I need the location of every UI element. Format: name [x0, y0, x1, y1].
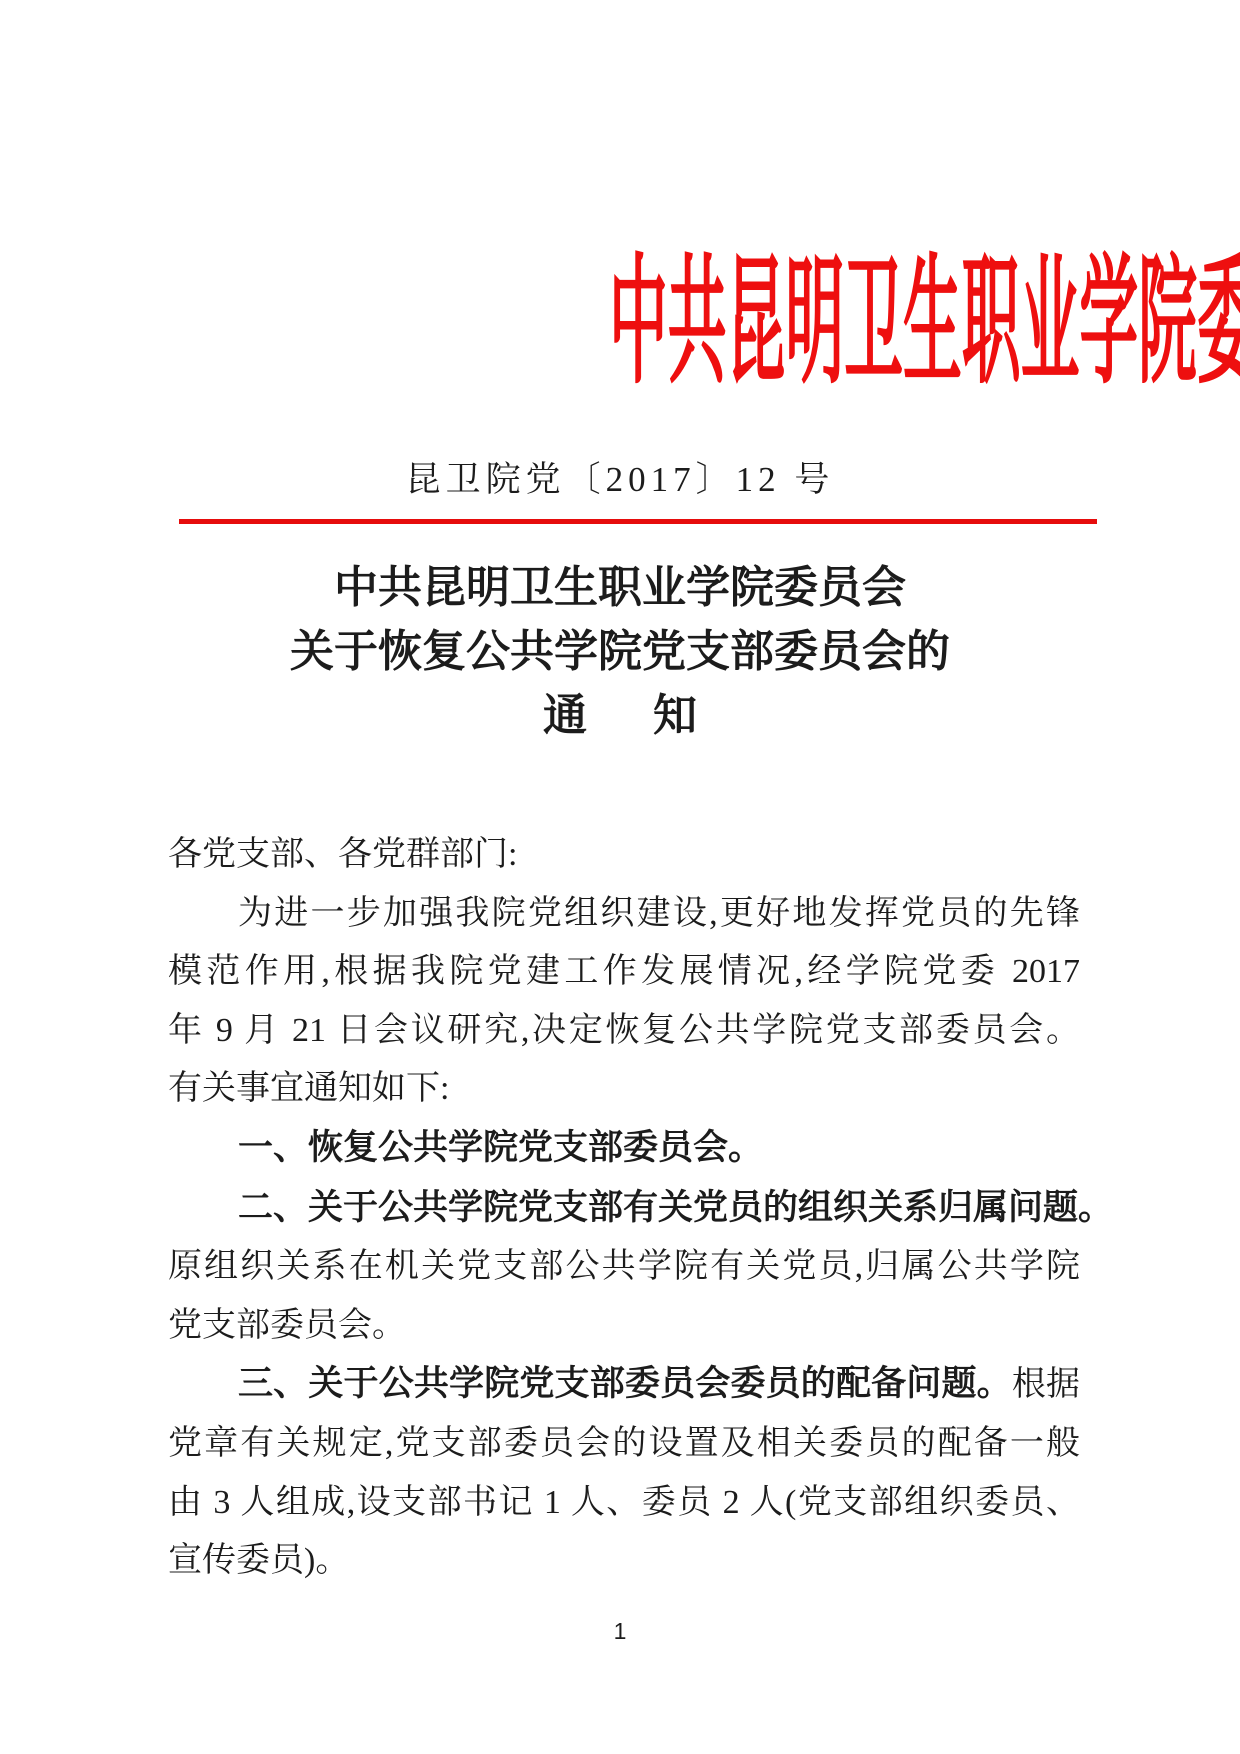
document-number: 昆卫院党〔2017〕12 号 — [0, 452, 1240, 502]
body-text: 原组织关系在机关党支部公共学院有关党员,归属公共学院 — [168, 1248, 1080, 1285]
body-line: 年 9 月 21 日会议研究,决定恢复公共学院党支部委员会。 — [168, 1002, 1080, 1061]
org-title-text: 中共昆明卫生职业学院委员会文件 — [609, 246, 1240, 403]
body-line: 各党支部、各党群部门: — [168, 826, 1080, 885]
body-line: 宣传委员)。 — [168, 1532, 1080, 1591]
body-text: 宣传委员)。 — [168, 1542, 349, 1579]
body-text: 模范作用,根据我院党建工作发展情况,经学院党委 2017 — [168, 953, 1080, 990]
page-number: 1 — [0, 1618, 1240, 1645]
document-body: 各党支部、各党群部门:为进一步加强我院党组织建设,更好地发挥党员的先锋模范作用,… — [168, 826, 1080, 1591]
body-text: 根据 — [1012, 1366, 1080, 1403]
body-line: 有关事宜通知如下: — [168, 1060, 1080, 1119]
body-text: 各党支部、各党群部门: — [168, 836, 517, 873]
document-page: 中共昆明卫生职业学院委员会文件 昆卫院党〔2017〕12 号 中共昆明卫生职业学… — [0, 0, 1240, 1754]
body-line: 二、关于公共学院党支部有关党员的组织关系归属问题。 — [168, 1179, 1080, 1239]
body-line: 由 3 人组成,设支部书记 1 人、委员 2 人(党支部组织委员、 — [168, 1474, 1080, 1533]
body-text: 党支部委员会。 — [168, 1307, 406, 1344]
body-text: 由 3 人组成,设支部书记 1 人、委员 2 人(党支部组织委员、 — [168, 1484, 1080, 1521]
document-title-notice: 通知 — [0, 684, 1240, 748]
red-header-banner: 中共昆明卫生职业学院委员会文件 — [0, 246, 1240, 403]
body-text: 为进一步加强我院党组织建设,更好地发挥党员的先锋 — [238, 895, 1080, 932]
body-line: 党支部委员会。 — [168, 1297, 1080, 1356]
notice-char-left: 通 — [543, 691, 587, 740]
body-text: 有关事宜通知如下: — [168, 1070, 449, 1107]
document-title-line1: 中共昆明卫生职业学院委员会 — [0, 556, 1240, 620]
body-line: 三、关于公共学院党支部委员会委员的配备问题。根据 — [168, 1355, 1080, 1415]
body-line: 模范作用,根据我院党建工作发展情况,经学院党委 2017 — [168, 943, 1080, 1002]
body-line: 为进一步加强我院党组织建设,更好地发挥党员的先锋 — [168, 885, 1080, 944]
red-divider-rule — [179, 519, 1097, 524]
body-text: 党章有关规定,党支部委员会的设置及相关委员的配备一般 — [168, 1425, 1080, 1462]
notice-char-right: 知 — [653, 691, 697, 740]
body-text-bold: 一、恢复公共学院党支部委员会。 — [238, 1128, 763, 1167]
body-line: 原组织关系在机关党支部公共学院有关党员,归属公共学院 — [168, 1238, 1080, 1297]
body-line: 一、恢复公共学院党支部委员会。 — [168, 1119, 1080, 1179]
document-title: 中共昆明卫生职业学院委员会 关于恢复公共学院党支部委员会的 通知 — [0, 556, 1240, 748]
document-title-line2: 关于恢复公共学院党支部委员会的 — [0, 620, 1240, 684]
body-text-bold: 三、关于公共学院党支部委员会委员的配备问题。 — [238, 1364, 1012, 1403]
body-text: 年 9 月 21 日会议研究,决定恢复公共学院党支部委员会。 — [168, 1012, 1080, 1049]
body-line: 党章有关规定,党支部委员会的设置及相关委员的配备一般 — [168, 1415, 1080, 1474]
body-text-bold: 二、关于公共学院党支部有关党员的组织关系归属问题。 — [238, 1188, 1113, 1227]
